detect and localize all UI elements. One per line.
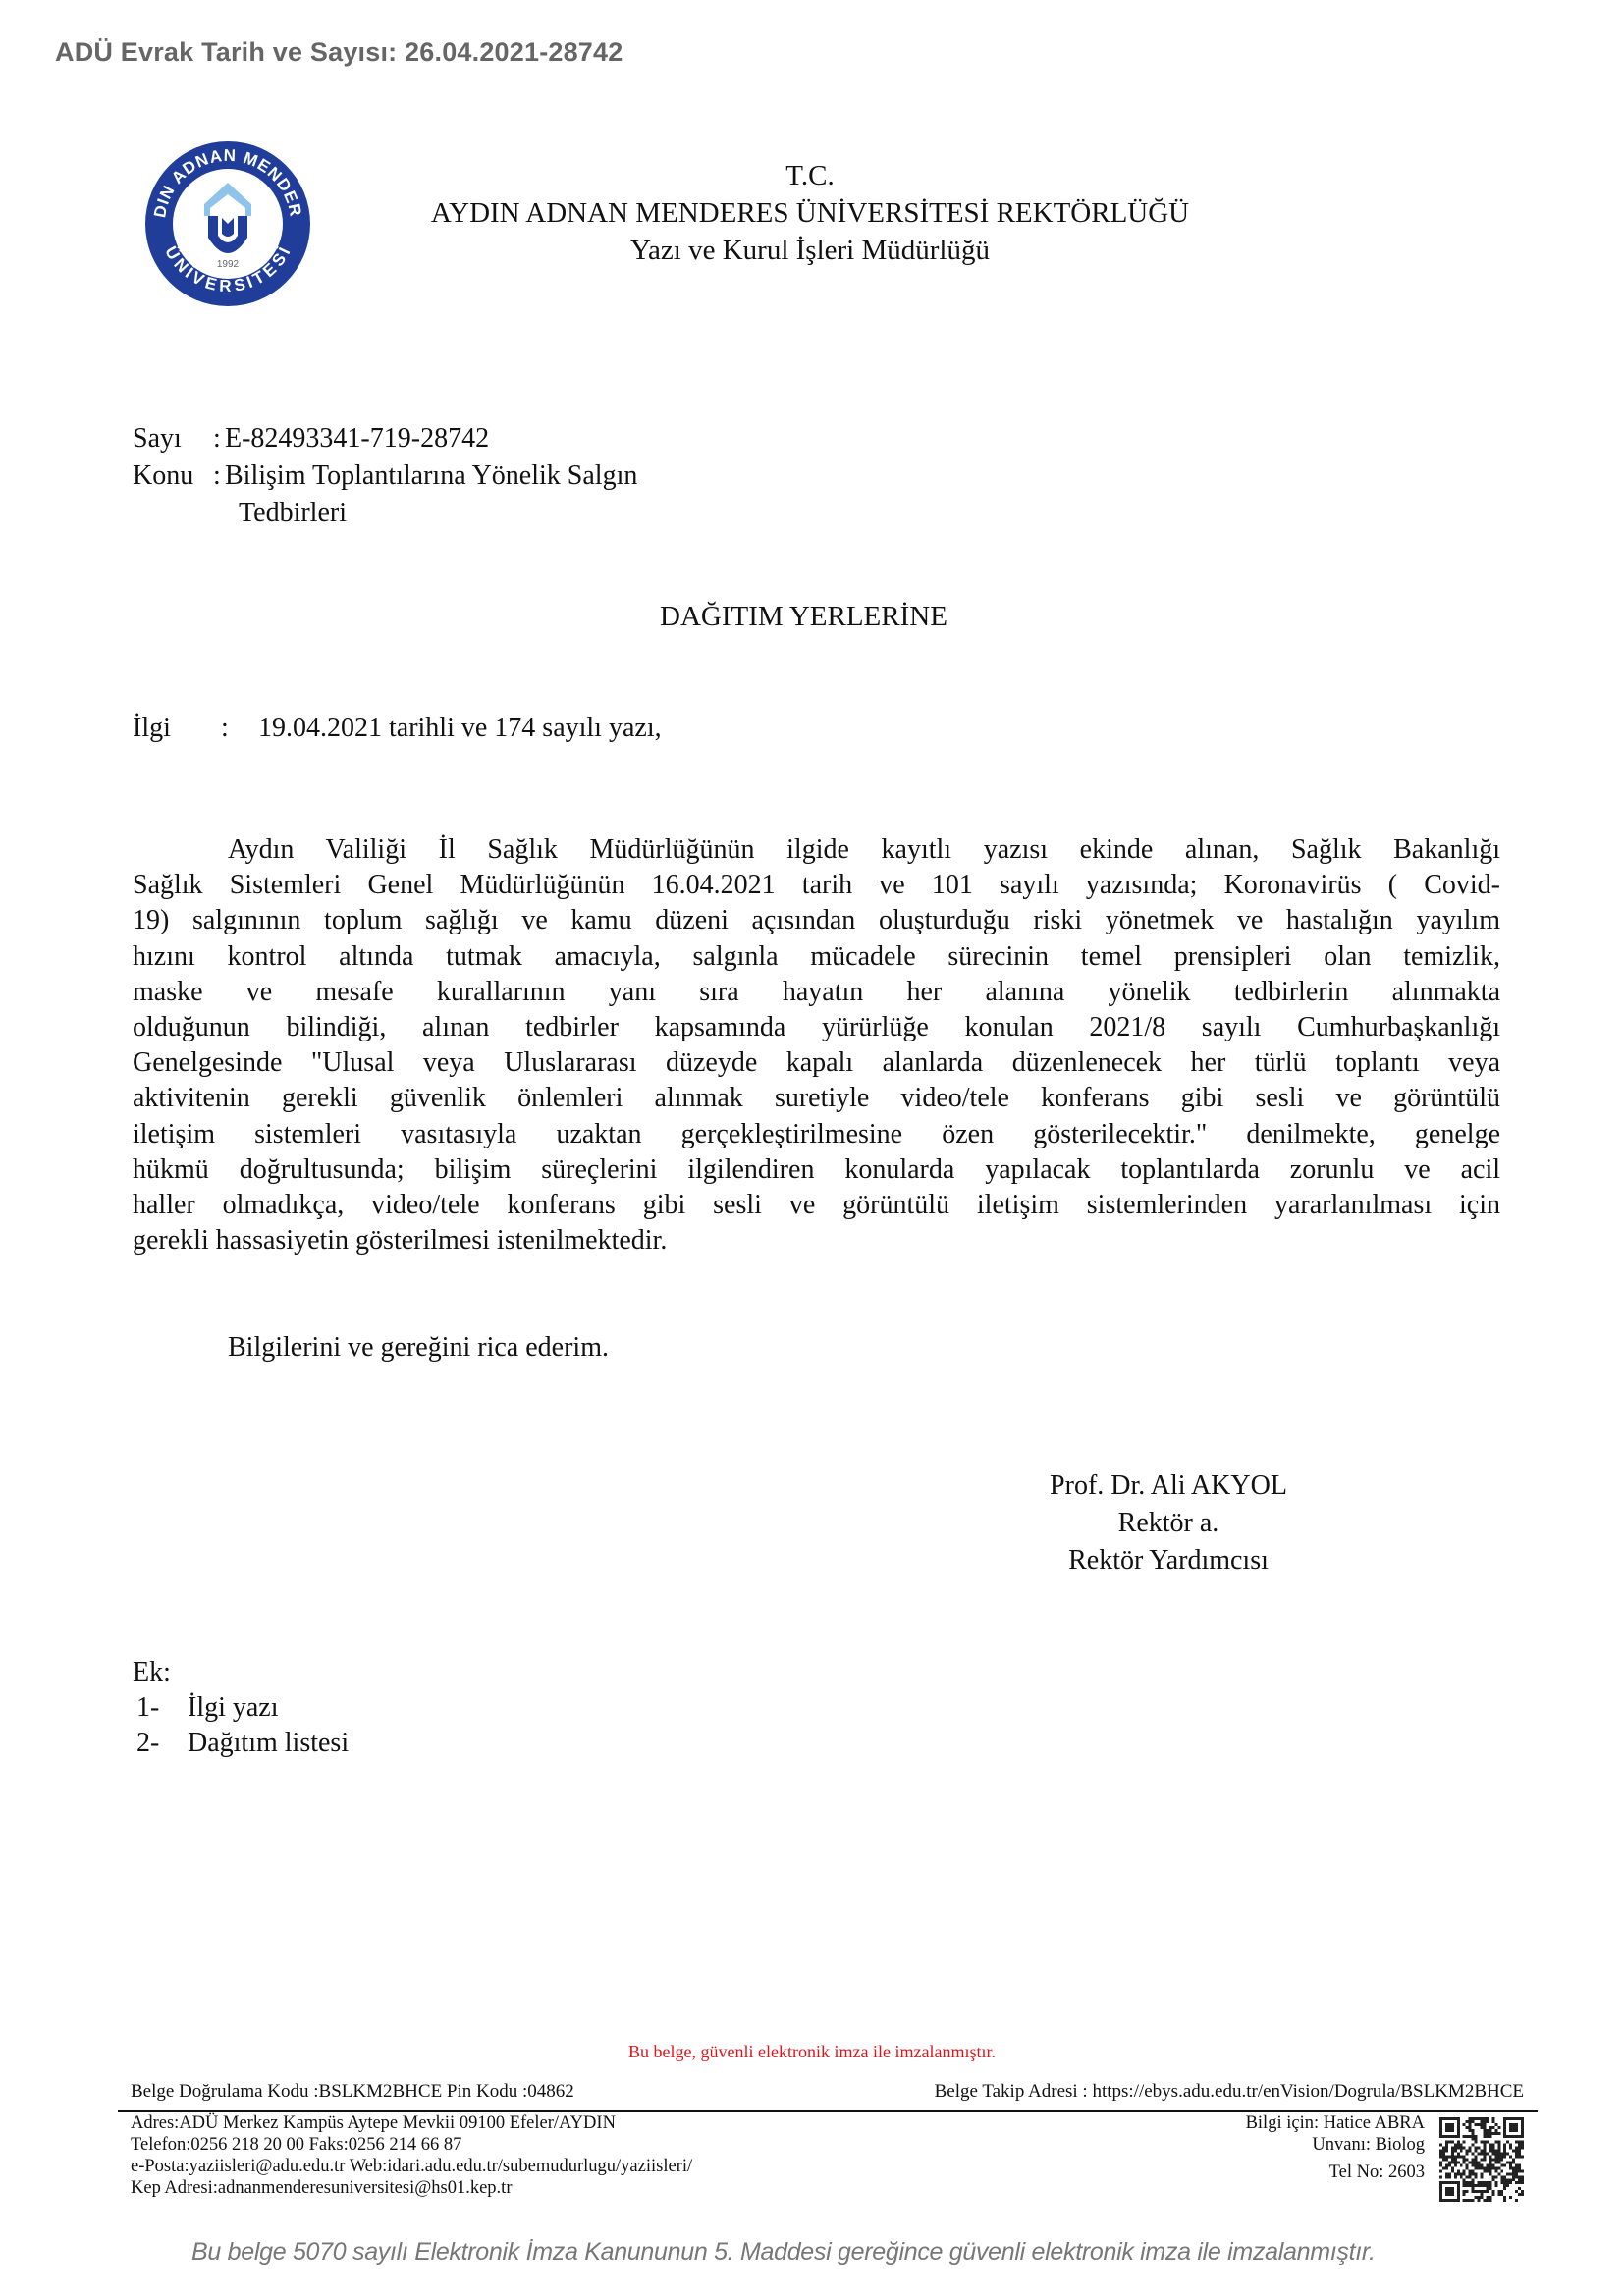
ilgi-value: 19.04.2021 tarihli ve 174 sayılı yazı, — [258, 713, 662, 743]
body-line: aktivitenin gerekli güvenlik önlemleri a… — [133, 1081, 1500, 1116]
document-registry-stamp: ADÜ Evrak Tarih ve Sayısı: 26.04.2021-28… — [55, 37, 623, 68]
closing-line: Bilgilerini ve gereğini rica ederim. — [228, 1332, 609, 1363]
body-line: haller olmadıkça, video/tele konferans g… — [133, 1188, 1500, 1223]
attachment-item: 1-İlgi yazı — [133, 1690, 349, 1726]
attachment-item: 2-Dağıtım listesi — [133, 1726, 349, 1761]
header-institution: AYDIN ADNAN MENDERES ÜNİVERSİTESİ REKTÖR… — [353, 194, 1267, 232]
body-line: hızını kontrol altında tutmak amacıyla, … — [133, 939, 1500, 975]
legal-notice: Bu belge 5070 sayılı Elektronik İmza Kan… — [191, 2238, 1376, 2267]
signature-block: Prof. Dr. Ali AKYOL Rektör a. Rektör Yar… — [992, 1468, 1345, 1579]
signer-name: Prof. Dr. Ali AKYOL — [992, 1468, 1345, 1505]
svg-text:1992: 1992 — [217, 259, 240, 270]
attachments: Ek: 1-İlgi yazı 2-Dağıtım listesi — [133, 1655, 349, 1761]
ilgi-row: İlgi:19.04.2021 tarihli ve 174 sayılı ya… — [133, 713, 662, 744]
university-seal-icon: AYDIN ADNAN MENDERES ÜNİVERSİTESİ 1992 — [143, 139, 312, 308]
body-line: maske ve mesafe kurallarının yanı sıra h… — [133, 975, 1500, 1010]
recipient-heading: DAĞITIM YERLERİNE — [660, 601, 947, 633]
contact-person: Bilgi için: Hatice ABRA — [1246, 2112, 1425, 2134]
attachments-label: Ek: — [133, 1655, 349, 1690]
contact-phone: Tel No: 2603 — [1246, 2162, 1425, 2183]
esign-notice: Bu belge, güvenli elektronik imza ile im… — [0, 2042, 1624, 2062]
body-line: gerekli hassasiyetin gösterilmesi isteni… — [133, 1223, 1500, 1258]
body-line: olduğunun bilindiği, alınan tedbirler ka… — [133, 1010, 1500, 1045]
konu-label: Konu — [133, 457, 213, 495]
body-line: Sağlık Sistemleri Genel Müdürlüğünün 16.… — [133, 868, 1500, 903]
contact-block: Bilgi için: Hatice ABRA Unvanı: Biolog T… — [1246, 2112, 1425, 2183]
header-tc: T.C. — [353, 157, 1267, 194]
verification-code: Belge Doğrulama Kodu :BSLKM2BHCE Pin Kod… — [131, 2081, 574, 2103]
konu-value-cont: Tedbirleri — [239, 495, 347, 532]
body-paragraph: Aydın Valiliği İl Sağlık Müdürlüğünün il… — [133, 832, 1500, 1258]
address-block: Adres:ADÜ Merkez Kampüs Aytepe Mevkii 09… — [131, 2112, 692, 2199]
tracking-address[interactable]: Belge Takip Adresi : https://ebys.adu.ed… — [935, 2081, 1524, 2103]
qr-code-icon[interactable] — [1438, 2117, 1525, 2202]
body-line: Genelgesinde "Ulusal veya Uluslararası d… — [133, 1045, 1500, 1081]
konu-row: Konu:Bilişim Toplantılarına Yönelik Salg… — [133, 457, 637, 495]
signer-title: Rektör Yardımcısı — [992, 1542, 1345, 1579]
contact-title: Unvanı: Biolog — [1246, 2134, 1425, 2156]
sayi-label: Sayı — [133, 420, 213, 457]
signer-proxy: Rektör a. — [992, 1505, 1345, 1542]
body-line: Aydın Valiliği İl Sağlık Müdürlüğünün il… — [133, 832, 1500, 868]
body-line: hükmü doğrultusunda; bilişim süreçlerini… — [133, 1152, 1500, 1188]
sayi-value: E-82493341-719-28742 — [225, 423, 489, 454]
sayi-row: Sayı:E-82493341-719-28742 — [133, 420, 489, 457]
ilgi-label: İlgi — [133, 713, 221, 744]
header-department: Yazı ve Kurul İşleri Müdürlüğü — [353, 232, 1267, 269]
konu-value: Bilişim Toplantılarına Yönelik Salgın — [225, 460, 637, 491]
body-line: 19) salgınının toplum sağlığı ve kamu dü… — [133, 903, 1500, 938]
body-line: iletişim sistemleri vasıtasıyla uzaktan … — [133, 1117, 1500, 1152]
